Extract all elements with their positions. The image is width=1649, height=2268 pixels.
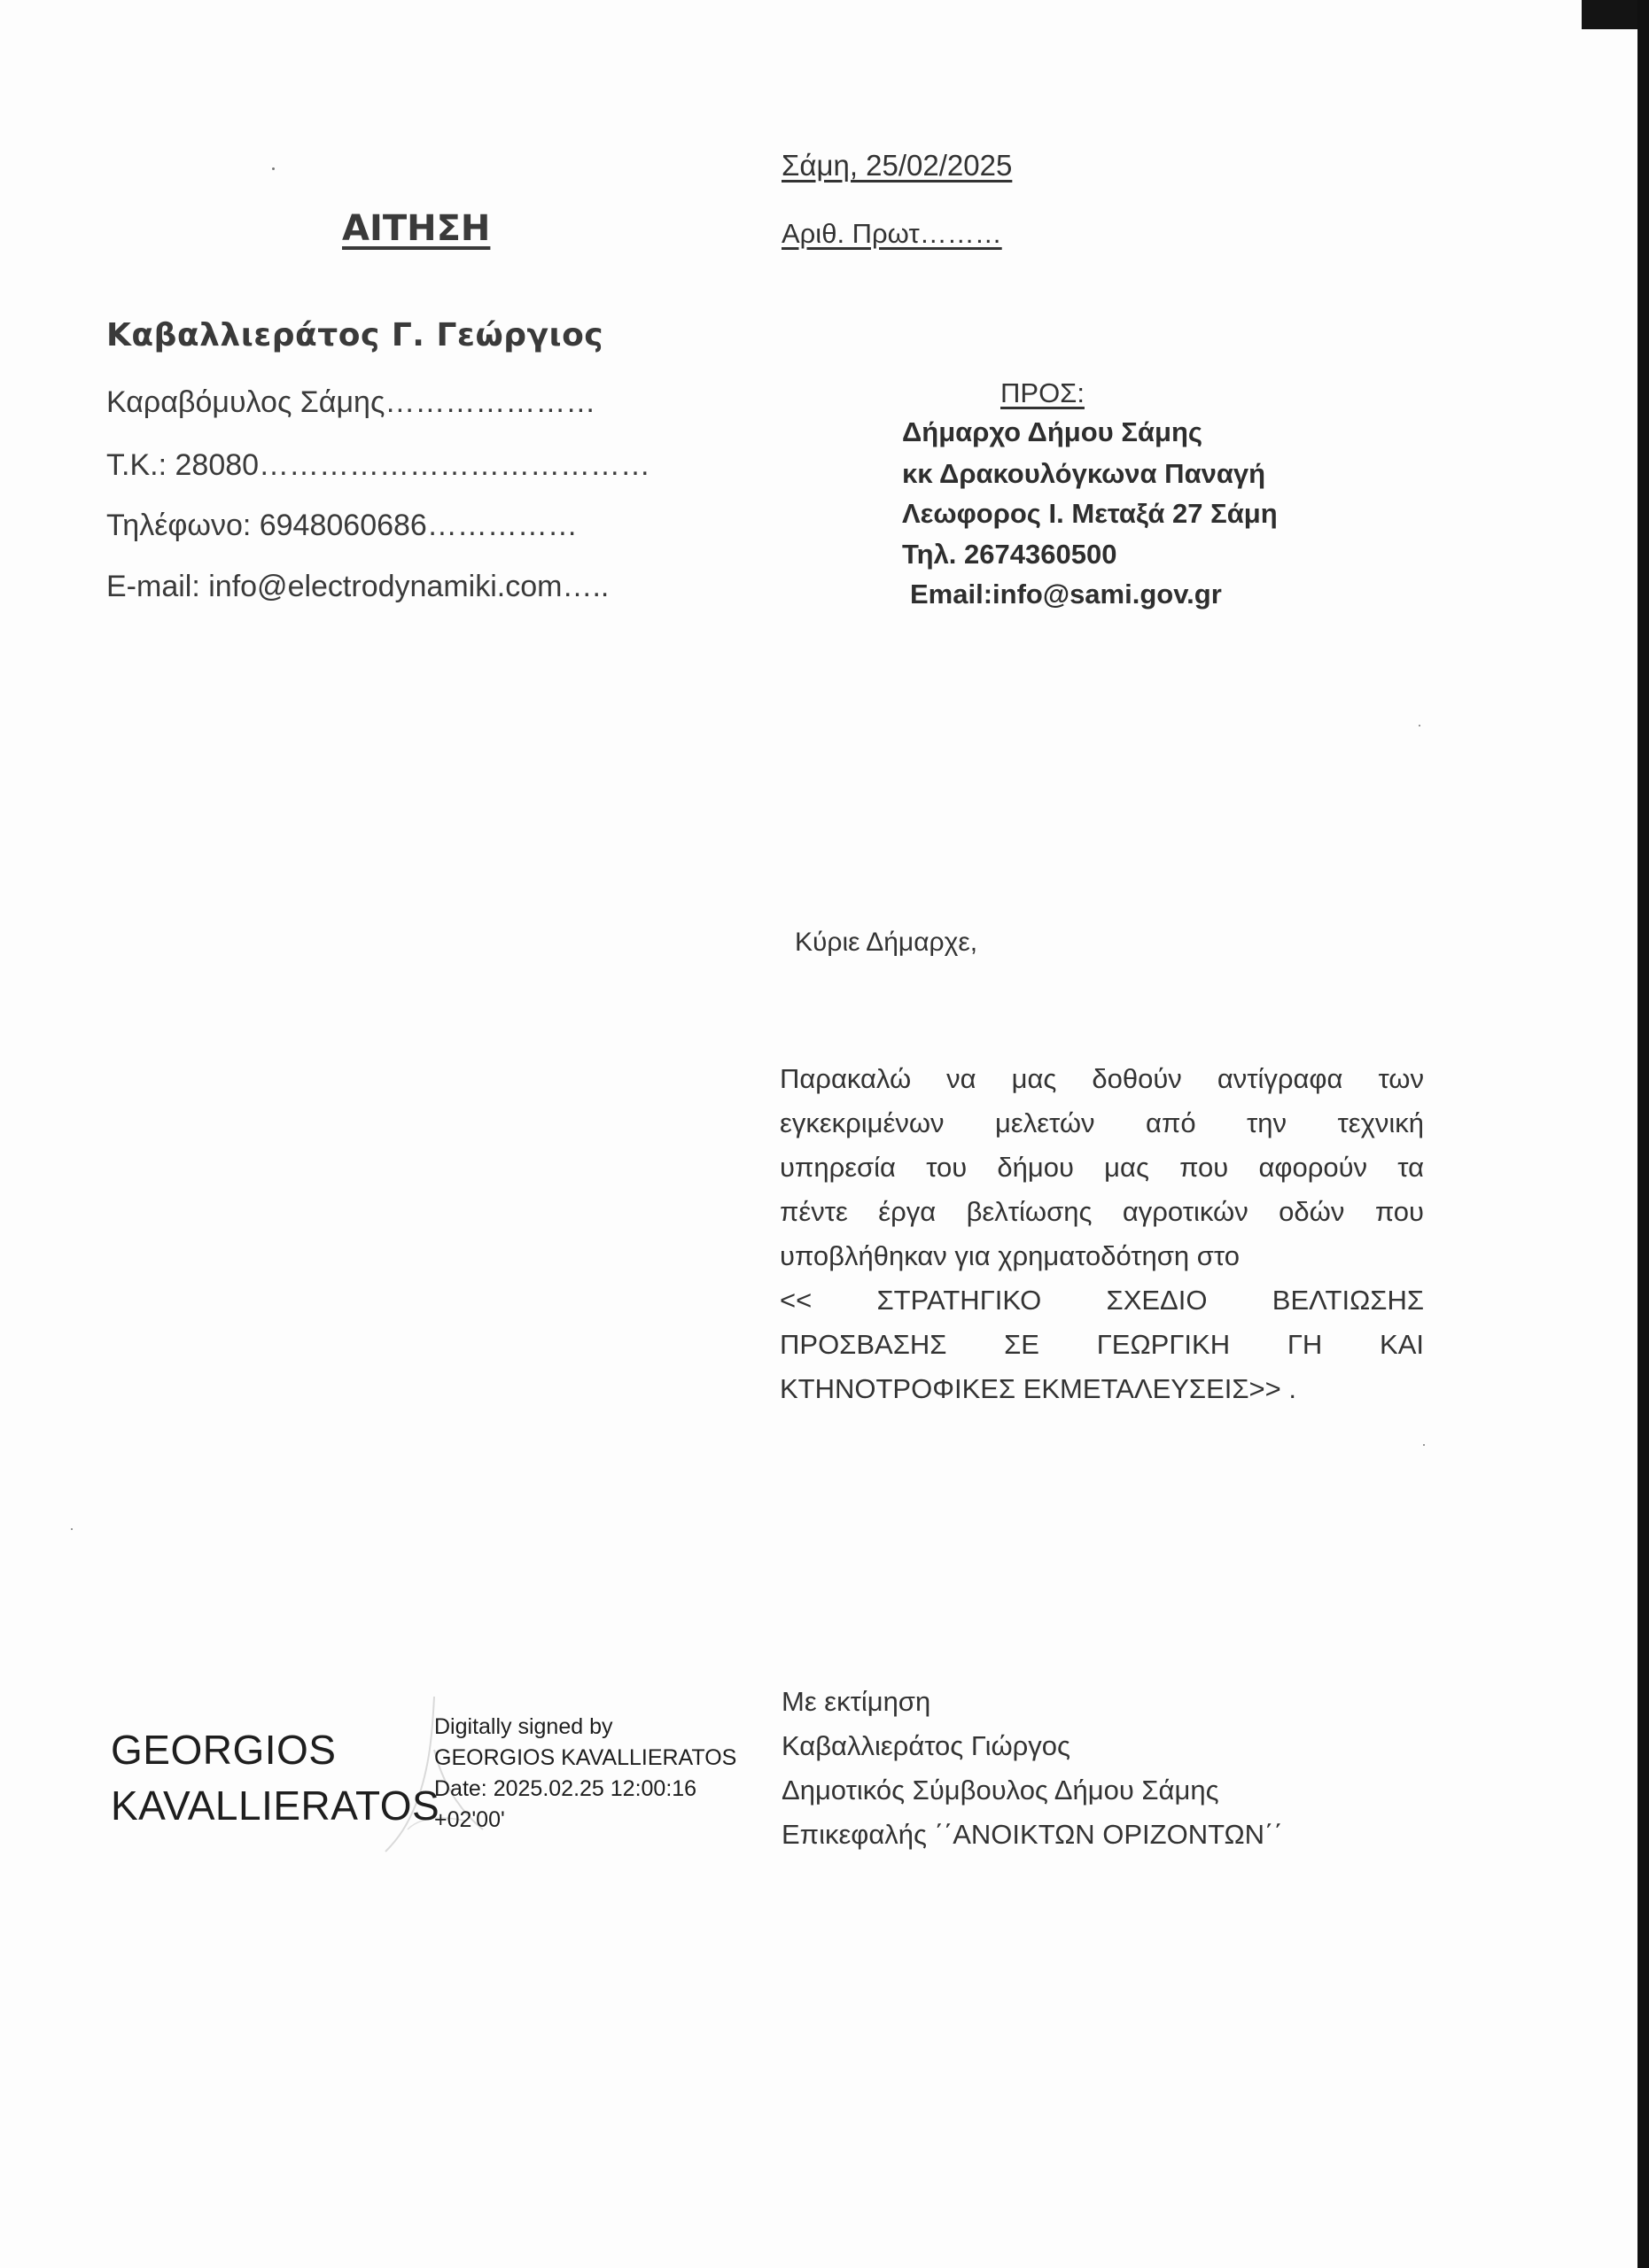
request-body: Παρακαλώ να μας δοθούν αντίγραφα των εγκ…: [780, 1057, 1424, 1411]
scan-speck: [71, 1528, 73, 1530]
closing-signer-name: Καβαλλιεράτος Γιώργος: [782, 1730, 1070, 1762]
recipient-email: Email:info@sami.gov.gr: [910, 579, 1222, 610]
recipient-label: ΠΡΟΣ:: [1000, 377, 1085, 409]
scan-speck: [1423, 1444, 1425, 1446]
body-line: πέντε έργα βελτίωσης αγροτικών οδών που: [780, 1190, 1424, 1234]
closing-signer-role: Δημοτικός Σύμβουλος Δήμου Σάμης: [782, 1775, 1219, 1806]
body-line: << ΣΤΡΑΤΗΓΙΚΟ ΣΧΕΔΙΟ ΒΕΛΤΙΩΣΗΣ: [780, 1278, 1424, 1323]
recipient-line: Δήμαρχο Δήμου Σάμης: [902, 416, 1202, 448]
recipient-line: Λεωφορος Ι. Μεταξά 27 Σάμη: [902, 498, 1278, 530]
signature-detail: Digitally signed by: [434, 1714, 613, 1740]
body-line: υπηρεσία του δήμου μας που αφορούν τα: [780, 1146, 1424, 1190]
sender-name: Καβαλλιεράτος Γ. Γεώργιος: [106, 317, 603, 353]
closing-line: Με εκτίμηση: [782, 1686, 930, 1718]
scan-speck: [1419, 725, 1420, 726]
sender-phone: Τηλέφωνο: 6948060686……………: [106, 509, 578, 543]
signature-detail: GEORGIOS KAVALLIERATOS: [434, 1745, 736, 1771]
protocol-number: Αριθ. Πρωτ………: [782, 218, 1002, 250]
signer-name-line1: GEORGIOS: [111, 1726, 336, 1774]
signature-timezone: +02'00': [434, 1807, 505, 1833]
body-line: υποβλήθηκαν για χρηματοδότηση στο: [780, 1234, 1424, 1278]
document-title: ΑΙΤΗΣΗ: [342, 208, 490, 249]
closing-signer-party: Επικεφαλής ΄΄ΑΝΟΙΚΤΩΝ ΟΡΙΖΟΝΤΩΝ΄΄: [782, 1819, 1283, 1851]
body-line: εγκεκριμένων μελετών από την τεχνική: [780, 1101, 1424, 1146]
body-line: ΚΤΗΝΟΤΡΟΦΙΚΕΣ ΕΚΜΕΤΑΛΕΥΣΕΙΣ>> .: [780, 1367, 1424, 1411]
sender-address: Καραβόμυλος Σάμης…………………: [106, 385, 595, 420]
sender-email: E-mail: info@electrodynamiki.com…..: [106, 570, 609, 604]
salutation: Κύριε Δήμαρχε,: [795, 928, 977, 958]
recipient-line: Τηλ. 2674360500: [902, 539, 1116, 571]
scan-border-right: [1637, 0, 1649, 2268]
recipient-line: κκ Δρακουλόγκωνα Παναγή: [902, 458, 1265, 490]
body-line: Παρακαλώ να μας δοθούν αντίγραφα των: [780, 1057, 1424, 1101]
scan-speck: [272, 167, 275, 170]
body-line: ΠΡΟΣΒΑΣΗΣ ΣΕ ΓΕΩΡΓΙΚΗ ΓΗ ΚΑΙ: [780, 1323, 1424, 1367]
signature-date: Date: 2025.02.25 12:00:16: [434, 1776, 696, 1802]
document-date: Σάμη, 25/02/2025: [782, 149, 1012, 183]
signer-name-line2: KAVALLIERATOS: [111, 1782, 439, 1829]
sender-postal-code: Τ.Κ.: 28080…………………………………: [106, 448, 650, 483]
